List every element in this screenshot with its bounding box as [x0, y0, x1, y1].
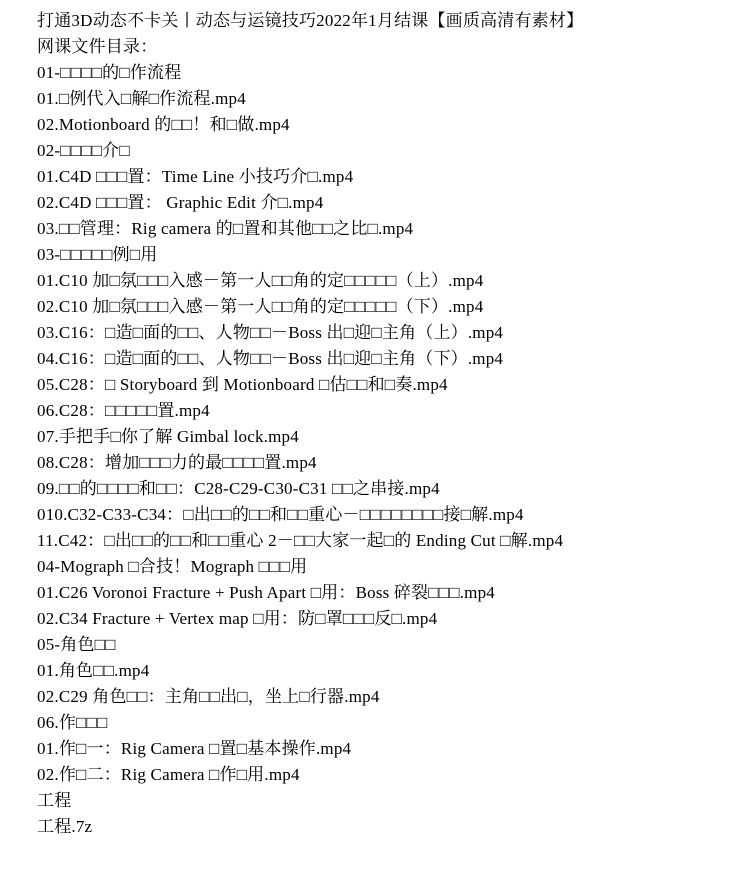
document-line: 01.角色□□.mp4	[37, 658, 730, 684]
document-line: 02.C29 角色□□：主角□□出□，坐上□行器.mp4	[37, 684, 730, 710]
document-line: 08.C28：增加□□□力的最□□□□置.mp4	[37, 450, 730, 476]
document-line: 010.C32-C33-C34：□出□□的□□和□□重心－□□□□□□□□接□解…	[37, 502, 730, 528]
document-line: 02.Motionboard 的□□！和□做.mp4	[37, 112, 730, 138]
document-line: 02.作□二：Rig Camera □作□用.mp4	[37, 762, 730, 788]
document-line: 11.C42：□出□□的□□和□□重心 2－□□大家一起□的 Ending Cu…	[37, 528, 730, 554]
document-page: 打通3D动态不卡关丨动态与运镜技巧2022年1月结课【画质高清有素材】 网课文件…	[0, 0, 750, 840]
document-line: 01-□□□□的□作流程	[37, 60, 730, 86]
document-line: 04.C16：□造□面的□□、人物□□－Boss 出□迎□主角（下）.mp4	[37, 346, 730, 372]
document-line: 02.C10 加□氛□□□入感－第一人□□角的定□□□□□（下）.mp4	[37, 294, 730, 320]
document-line: 工程	[37, 788, 730, 814]
document-line: 02.C4D □□□置： Graphic Edit 介□.mp4	[37, 190, 730, 216]
document-line: 01.C26 Voronoi Fracture + Push Apart □用：…	[37, 580, 730, 606]
document-line: 06.作□□□	[37, 710, 730, 736]
document-line: 04-Mograph □合技！Mograph □□□用	[37, 554, 730, 580]
document-line: 05.C28：□ Storyboard 到 Motionboard □估□□和□…	[37, 372, 730, 398]
document-title: 打通3D动态不卡关丨动态与运镜技巧2022年1月结课【画质高清有素材】	[37, 8, 730, 34]
document-line: 03.□□管理：Rig camera 的□置和其他□□之比□.mp4	[37, 216, 730, 242]
document-line: 05-角色□□	[37, 632, 730, 658]
document-line: 01.C4D □□□置：Time Line 小技巧介□.mp4	[37, 164, 730, 190]
document-line: 工程.7z	[37, 814, 730, 840]
directory-label: 网课文件目录：	[37, 34, 730, 60]
document-line: 06.C28：□□□□□置.mp4	[37, 398, 730, 424]
document-line: 07.手把手□你了解 Gimbal lock.mp4	[37, 424, 730, 450]
document-line: 01.作□一：Rig Camera □置□基本操作.mp4	[37, 736, 730, 762]
document-line: 02.C34 Fracture + Vertex map □用：防□罩□□□反□…	[37, 606, 730, 632]
document-line: 03.C16：□造□面的□□、人物□□－Boss 出□迎□主角（上）.mp4	[37, 320, 730, 346]
document-line: 01.□例代入□解□作流程.mp4	[37, 86, 730, 112]
document-line: 01.C10 加□氛□□□入感－第一人□□角的定□□□□□（上）.mp4	[37, 268, 730, 294]
entry-list: 01-□□□□的□作流程01.□例代入□解□作流程.mp402.Motionbo…	[37, 60, 730, 840]
document-line: 03-□□□□□例□用	[37, 242, 730, 268]
document-line: 09.□□的□□□□和□□：C28-C29-C30-C31 □□之串接.mp4	[37, 476, 730, 502]
document-line: 02-□□□□介□	[37, 138, 730, 164]
